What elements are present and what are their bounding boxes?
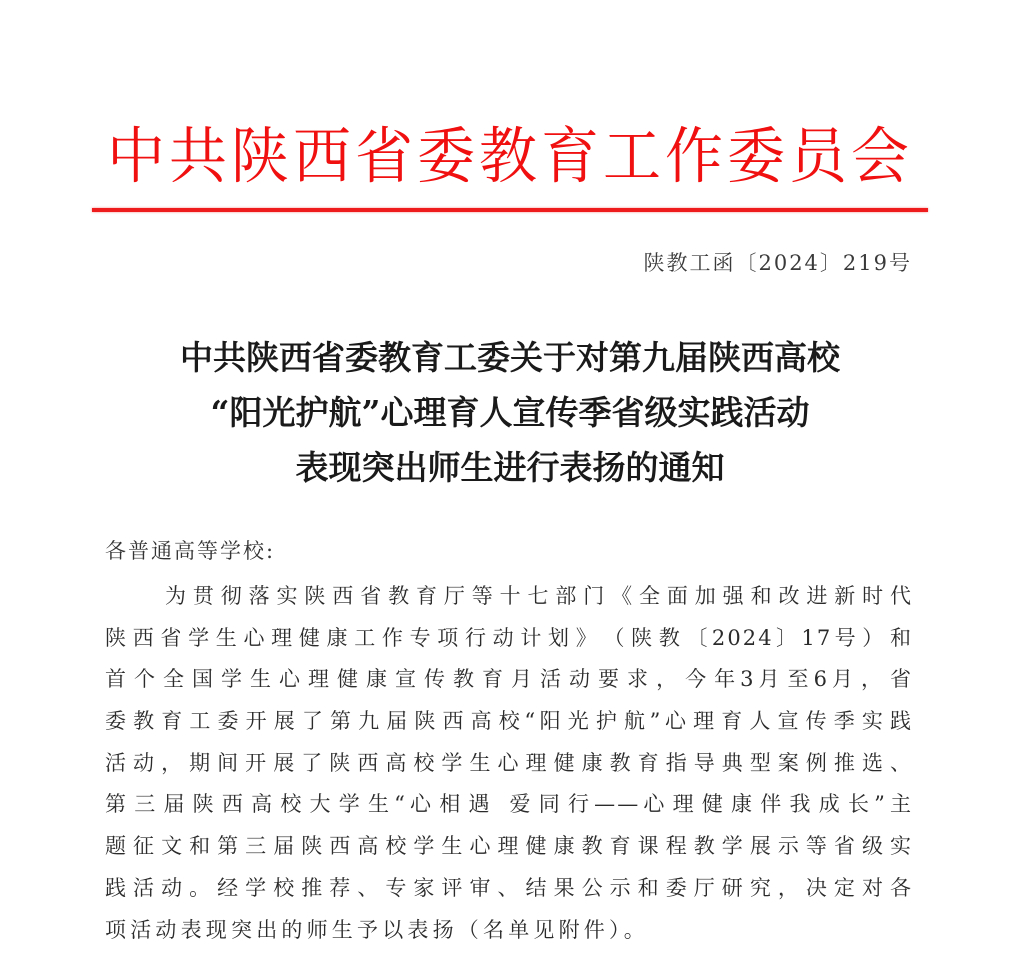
issuer-masthead: 中共陕西省委教育工作委员会 xyxy=(92,114,928,198)
body-line: 首 个 全 国 学 生 心 理 健 康 宣 传 教 育 月 活 动 要 求 ， … xyxy=(105,659,911,701)
body-line: 题 征 文 和 第 三 届 陕 西 高 校 学 生 心 理 健 康 教 育 课 … xyxy=(105,826,911,868)
body-line: 委 教 育 工 委 开 展 了 第 九 届 陕 西 高 校 “ 阳 光 护 航 … xyxy=(105,701,911,743)
body-line: 活 动 ， 期 间 开 展 了 陕 西 高 校 学 生 心 理 健 康 教 育 … xyxy=(105,743,911,785)
body-line: 践 活 动 。 经 学 校 推 荐 、 专 家 评 审 、 结 果 公 示 和 … xyxy=(105,868,911,910)
body-line: 为 贯 彻 落 实 陕 西 省 教 育 厅 等 十 七 部 门 《 全 面 加 … xyxy=(105,576,911,618)
header-red-rule xyxy=(92,208,928,212)
body-line: 陕 西 省 学 生 心 理 健 康 工 作 专 项 行 动 计 划 》 （ 陕 … xyxy=(105,618,911,660)
body-line: 第 三 届 陕 西 高 校 大 学 生 “ 心 相 遇 爱 同 行 — — 心 … xyxy=(105,784,911,826)
title-line: 表现突出师生进行表扬的通知 xyxy=(100,440,920,495)
title-line: “阳光护航”心理育人宣传季省级实践活动 xyxy=(100,385,920,440)
title-line: 中共陕西省委教育工委关于对第九届陕西高校 xyxy=(100,330,920,385)
salutation: 各普通高等学校: xyxy=(105,535,275,567)
body-line: 项活动表现突出的师生予以表扬（名单见附件）。 xyxy=(105,910,911,952)
document-title: 中共陕西省委教育工委关于对第九届陕西高校 “阳光护航”心理育人宣传季省级实践活动… xyxy=(100,330,920,495)
body-paragraph: 为 贯 彻 落 实 陕 西 省 教 育 厅 等 十 七 部 门 《 全 面 加 … xyxy=(105,576,911,951)
document-number: 陕教工函〔2024〕219号 xyxy=(643,246,912,280)
